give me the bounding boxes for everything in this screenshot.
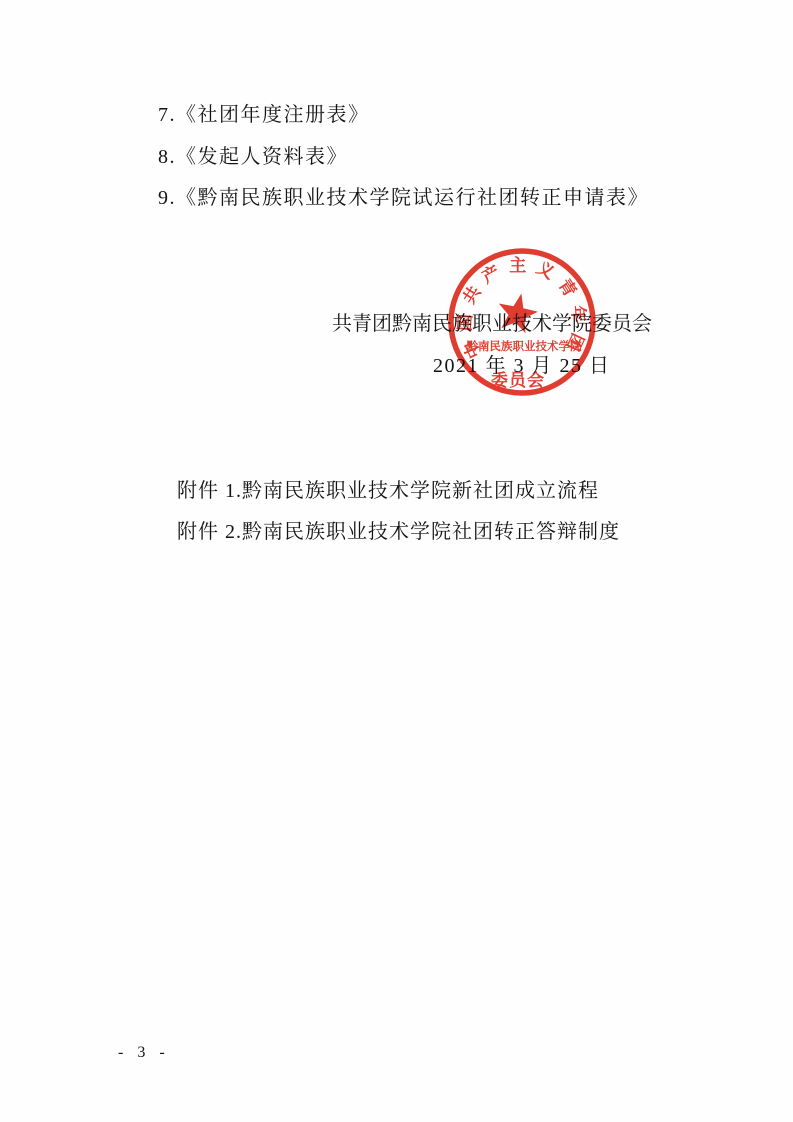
official-seal-stamp: 中国共产主义青年团 黔南民族职业技术学院 委员会	[442, 242, 602, 402]
red-star-icon	[499, 294, 538, 334]
attachment-line-2: 附件 2.黔南民族职业技术学院社团转正答辩制度	[177, 520, 620, 544]
seal-committee-text: 委员会	[491, 370, 545, 390]
seal-org-text: 黔南民族职业技术学院	[467, 339, 582, 353]
list-item-8: 8.《发起人资料表》	[158, 145, 348, 169]
attachment-line-1: 附件 1.黔南民族职业技术学院新社团成立流程	[177, 479, 599, 503]
page-number: - 3 -	[118, 1041, 170, 1065]
list-item-9: 9.《黔南民族职业技术学院试运行社团转正申请表》	[158, 186, 649, 210]
document-page: 7.《社团年度注册表》 8.《发起人资料表》 9.《黔南民族职业技术学院试运行社…	[0, 0, 793, 1122]
list-item-7: 7.《社团年度注册表》	[158, 103, 370, 127]
